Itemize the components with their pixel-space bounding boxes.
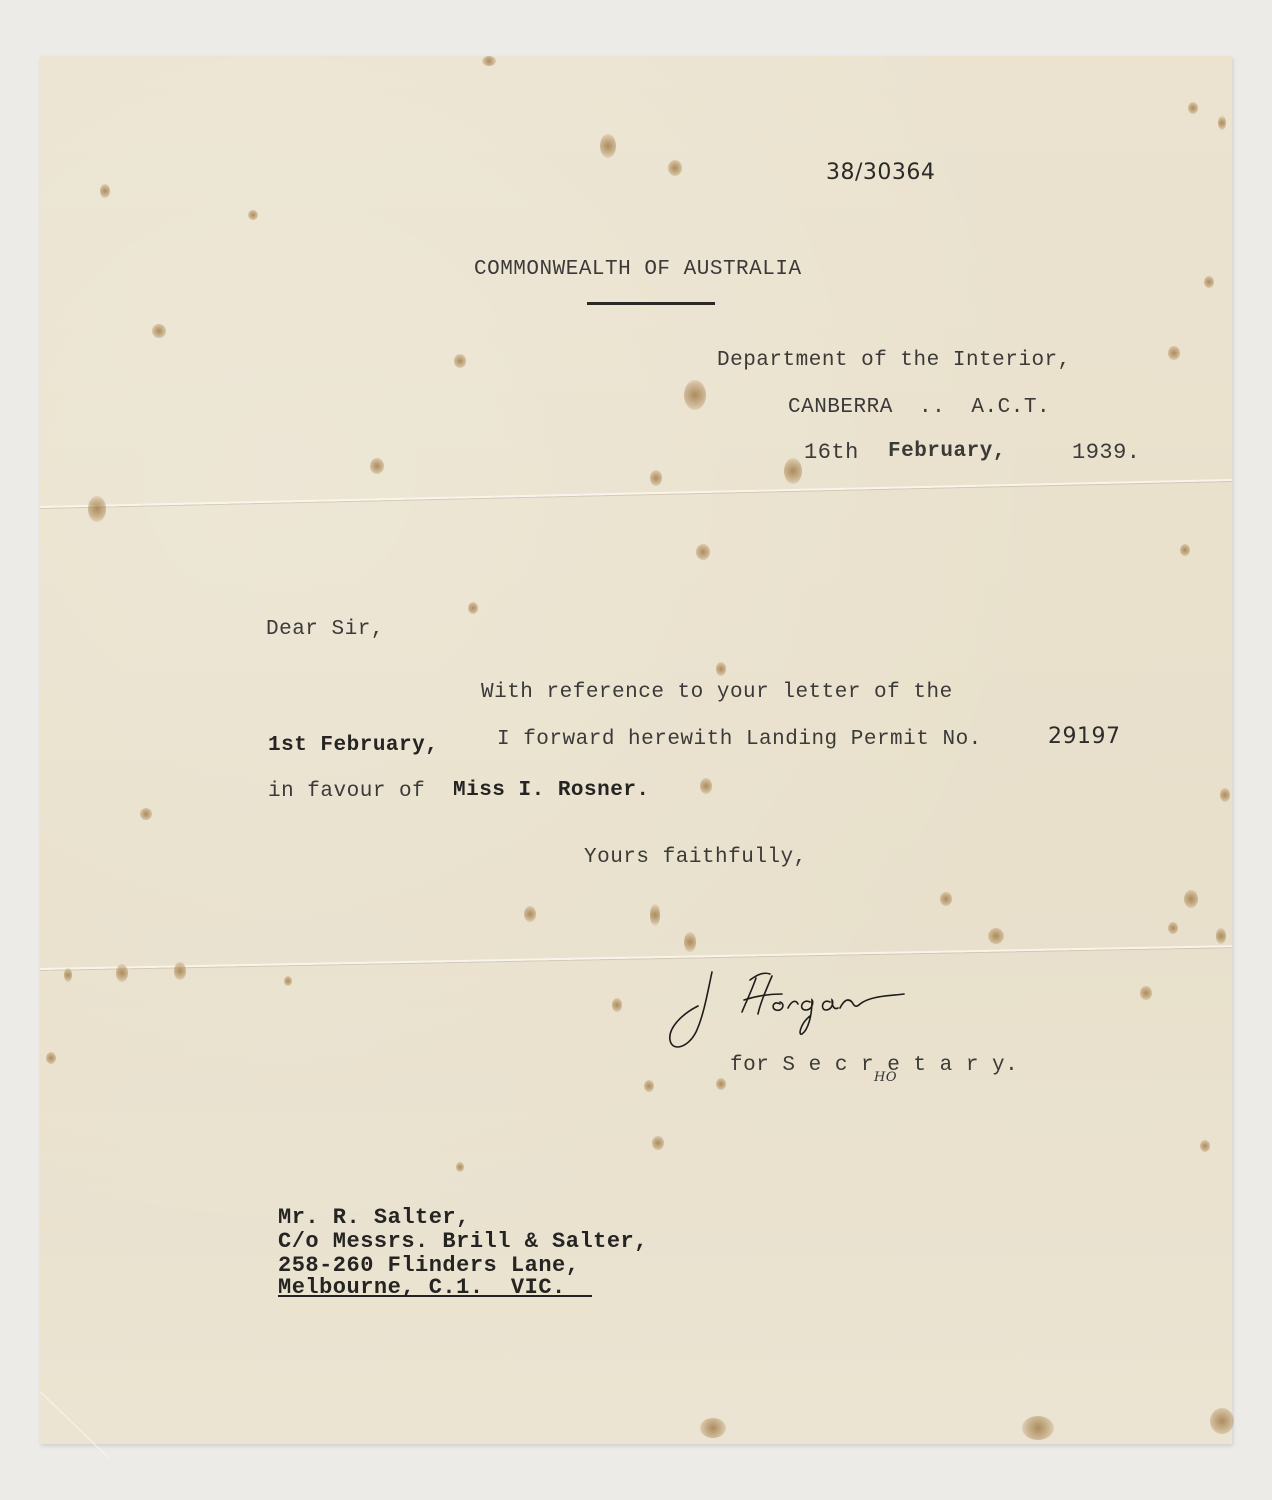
- referenced-letter-date: 1st February,: [268, 734, 438, 757]
- handwritten-signature: [660, 960, 940, 1060]
- date-month: February,: [888, 440, 1006, 463]
- body-line-2-text: I forward herewith Landing Permit No.: [497, 728, 982, 751]
- fold-line-lower: [40, 945, 1232, 970]
- addressee-care-of: C/o Messrs. Brill & Salter,: [278, 1230, 648, 1254]
- letterhead-heading: COMMONWEALTH OF AUSTRALIA: [474, 258, 802, 281]
- body-line-3-prefix: in favour of: [268, 780, 425, 803]
- date-year: 1939.: [1072, 440, 1141, 465]
- permit-holder-name: Miss I. Rosner.: [453, 779, 650, 802]
- addressee-name: Mr. R. Salter,: [278, 1206, 470, 1230]
- permit-number: 29197: [1048, 724, 1121, 749]
- closing: Yours faithfully,: [584, 846, 807, 869]
- fold-line-upper: [40, 479, 1232, 508]
- addressee-city-underline: [278, 1295, 592, 1297]
- department-location: CANBERRA .. A.C.T.: [788, 396, 1050, 419]
- corner-crease: [40, 1391, 109, 1458]
- date-day: 16th: [804, 440, 859, 465]
- file-reference-number: 38/30364: [826, 160, 935, 185]
- body-line-1: With reference to your letter of the: [481, 681, 953, 704]
- initials-annotation: HO: [874, 1070, 897, 1085]
- salutation: Dear Sir,: [266, 618, 384, 641]
- department-name: Department of the Interior,: [717, 349, 1071, 372]
- heading-underline: [587, 302, 715, 305]
